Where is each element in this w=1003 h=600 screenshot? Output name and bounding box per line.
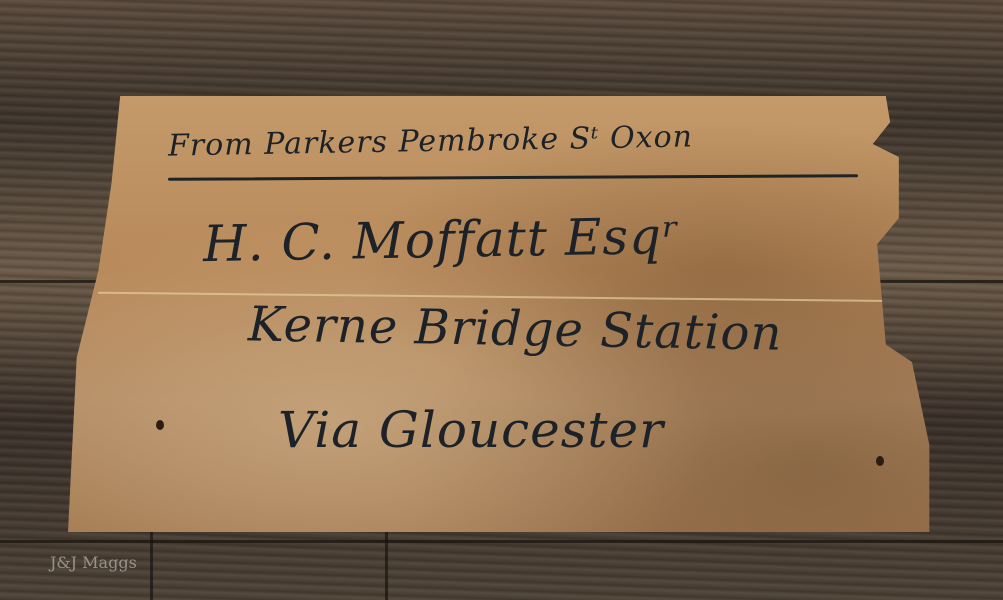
label-line-recipient: H. C. Moffatt Esqʳ <box>203 207 681 273</box>
label-rule-line <box>168 174 858 181</box>
paper-label: From Parkers Pembroke Sᵗ Oxon H. C. Moff… <box>68 96 938 532</box>
label-line-station: Kerne Bridge Station <box>248 296 783 361</box>
nail-hole <box>156 420 164 430</box>
watermark: J&J Maggs <box>50 553 137 572</box>
wood-plank-seam <box>385 530 388 600</box>
label-line-route: Via Gloucester <box>278 401 664 459</box>
nail-hole <box>876 456 884 466</box>
label-line-sender: From Parkers Pembroke Sᵗ Oxon <box>168 119 693 163</box>
wood-plank-seam <box>150 530 153 600</box>
